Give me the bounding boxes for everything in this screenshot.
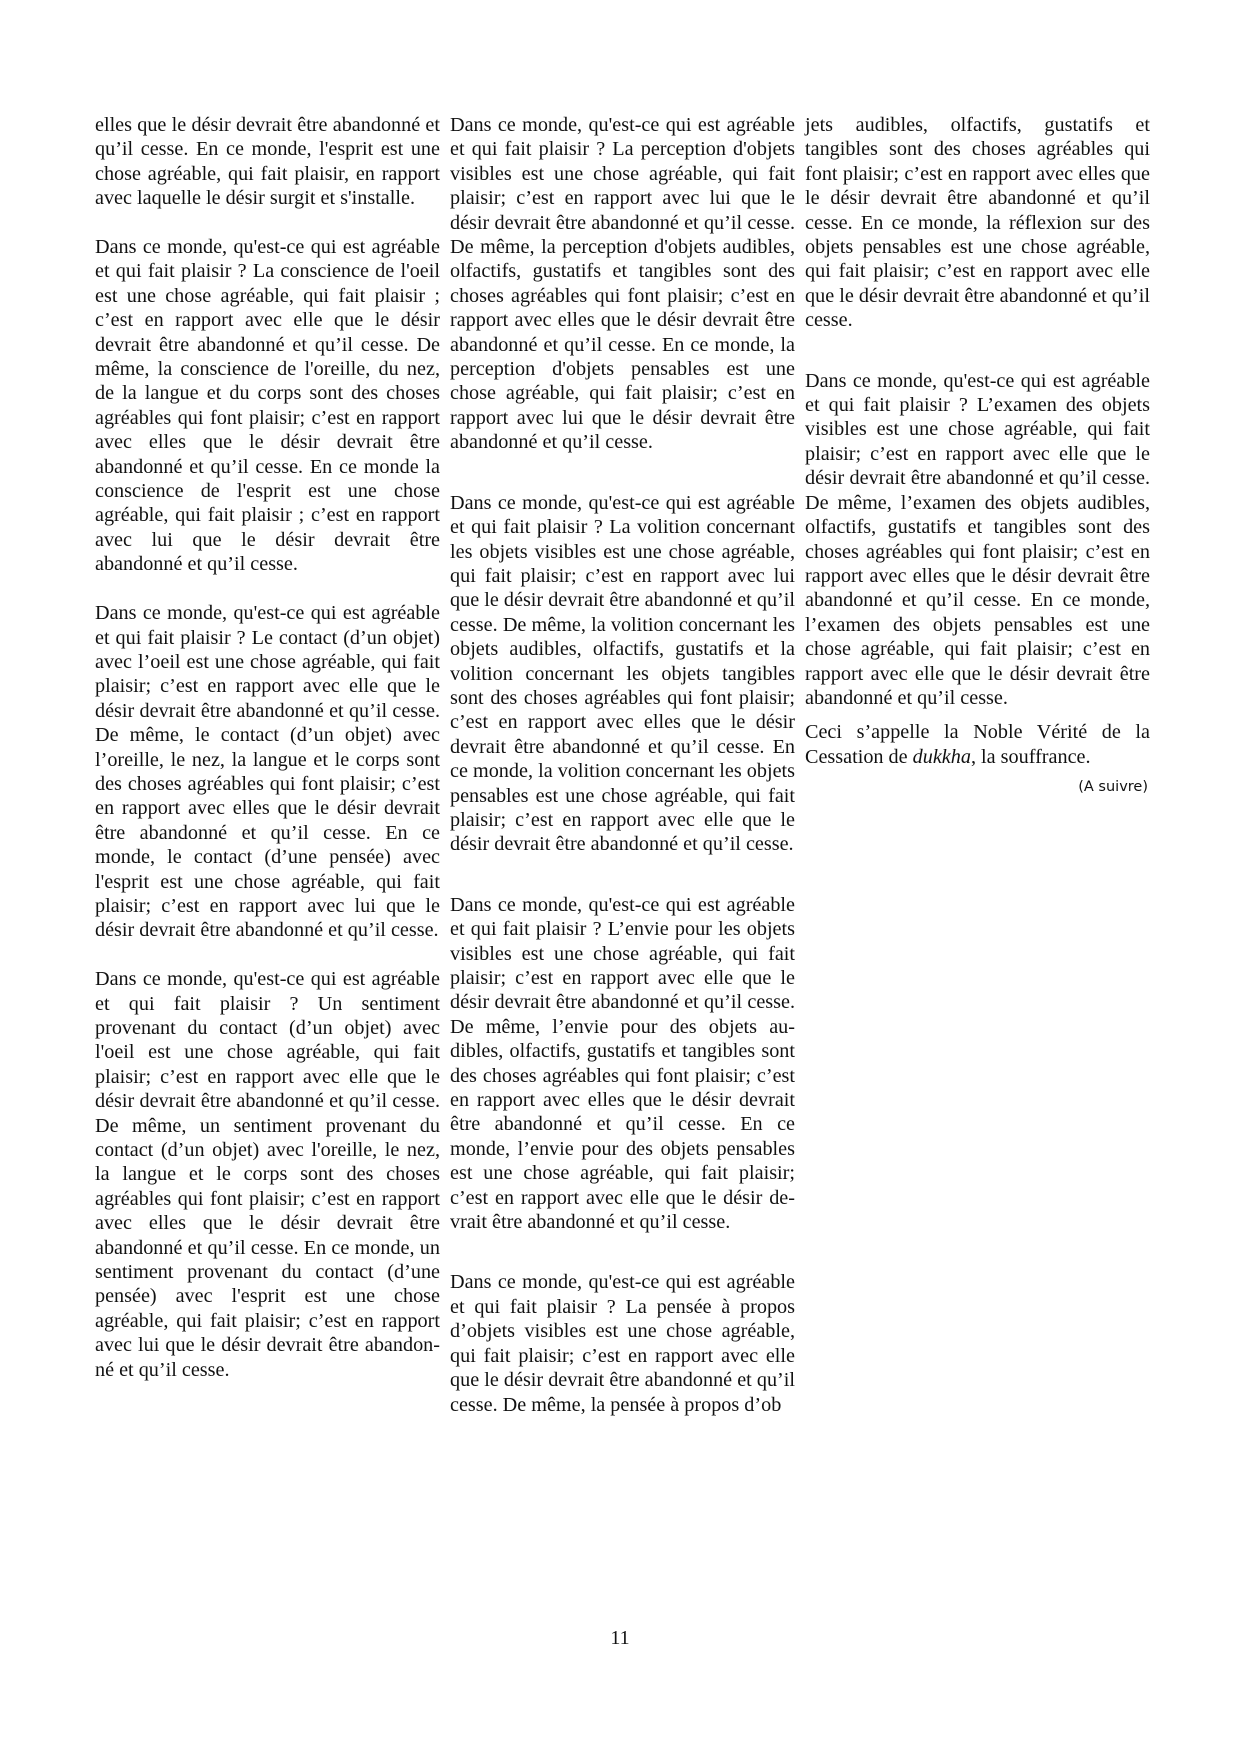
closing-text-end: , la souffrance. [971, 746, 1091, 768]
closing-statement: Ceci s’appelle la Noble Vérité de la Ces… [805, 720, 1150, 769]
paragraph: Dans ce monde, qu'est-ce qui est agréabl… [450, 491, 795, 857]
paragraph: Dans ce monde, qu'est-ce qui est agréabl… [805, 369, 1150, 711]
paragraph: Dans ce monde, qu'est-ce qui est agréabl… [95, 235, 440, 577]
page-number: 11 [0, 1627, 1240, 1650]
text-column-right: jets audibles, olfactifs, gustatifs et t… [805, 113, 1150, 800]
text-column-left: elles que le désir devrait être aban­don… [95, 113, 440, 1406]
paragraph: jets audibles, olfactifs, gustatifs et t… [805, 113, 1150, 333]
paragraph: Dans ce monde, qu'est-ce qui est agréabl… [450, 1270, 795, 1416]
paragraph: elles que le désir devrait être aban­don… [95, 113, 440, 211]
document-page: elles que le désir devrait être aban­don… [0, 0, 1240, 1754]
paragraph: Dans ce monde, qu'est-ce qui est agréabl… [95, 967, 440, 1382]
paragraph: Dans ce monde, qu'est-ce qui est agréabl… [450, 113, 795, 455]
continuation-note: (A suivre) [805, 775, 1150, 799]
paragraph: Dans ce monde, qu'est-ce qui est agréabl… [95, 601, 440, 943]
closing-italic-term: dukkha [913, 746, 971, 768]
text-column-middle: Dans ce monde, qu'est-ce qui est agréabl… [450, 113, 795, 1453]
paragraph: Dans ce monde, qu'est-ce qui est agréabl… [450, 893, 795, 1235]
